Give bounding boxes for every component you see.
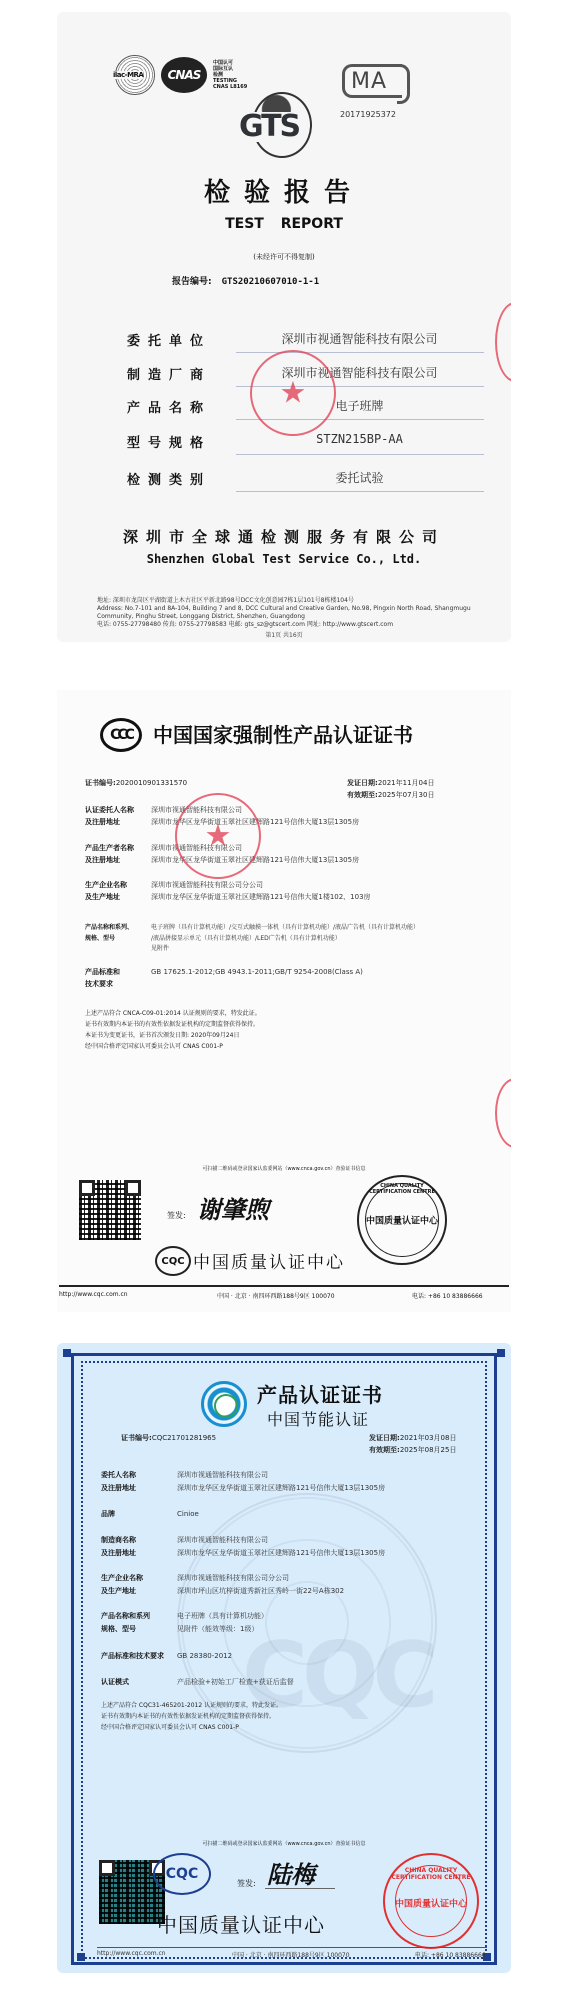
org-name: 中国质量认证中心 [193,1248,345,1273]
signature-line [265,1888,335,1889]
valid-until: 有效期至:2025年07月30日 [347,790,434,800]
valid-until: 有效期至:2025年08月25日 [369,1445,456,1455]
issue-date: 发证日期:2021年11月04日 [347,778,434,788]
frame-corner [497,1349,505,1357]
cma-number: 20171925372 [340,110,396,119]
sign-label: 签发: [167,1210,186,1221]
footer-address: 中国 · 北京 · 南四环西路188号9区 100070 [217,1291,335,1300]
ccc-logo: CCC [100,718,142,752]
footer-divider [59,1285,509,1287]
frame-corner [63,1349,71,1357]
accreditation-logos: ilac-MRA CNAS 中国认可 国际互认 检测 TESTING CNAS … [115,50,253,100]
cqc-seal: CHINA QUALITY CERTIFICATION CENTRE 中国质量认… [383,1853,479,1949]
sign-label: 签发: [237,1878,256,1889]
energy-certificate-card: CQC 产品认证证书 中国节能认证 证书编号:CQC21701281965 发证… [57,1343,511,1973]
cma-logo: MA [342,64,402,98]
verify-note: 可扫描二维码或登录国家认监委网站（www.cnca.gov.cn）查验证书信息 [57,1165,511,1172]
footer-divider [97,1947,487,1948]
report-title-cn: 检验报告 [57,172,511,209]
cert-number: 证书编号:2020010901331570 [85,778,187,788]
gts-logo: GTS [237,112,301,142]
frame-corner [77,1953,85,1961]
verify-note: 可扫描二维码或登录国家认监委网站（www.cnca.gov.cn）查验证书信息 [57,1840,511,1847]
footer-address: 中国 · 北京 · 南四环西路188号9区 100070 [232,1950,350,1959]
report-field: 型号规格STZN215BP-AA [127,432,457,462]
cert-statements: 上述产品符合 CNCA-C09-01:2014 认证规则的要求，特发此证。 证书… [85,1008,261,1052]
report-number: 报告编号:GTS20210607010-1-1 [172,274,319,287]
signature: 陆梅 [267,1855,315,1890]
page-number: 第1页 共16页 [57,630,511,639]
issuer-name-cn: 深圳市全球通检测服务有限公司 [57,526,511,547]
company-seal-partial [495,1078,511,1148]
cert-number: 证书编号:CQC21701281965 [121,1433,216,1443]
footer-phone: 电话: +86 10 83886666 [412,1291,483,1300]
company-seal-partial [495,302,511,382]
signature: 谢肇煦 [197,1190,269,1225]
company-seal: ★ [175,793,261,879]
report-title-en: TEST REPORT [57,216,511,232]
ilac-mra-logo: ilac-MRA [115,55,155,95]
energy-saving-logo [201,1381,247,1427]
report-field: 检测类别委托试验 [127,469,457,499]
cert-statements: 上述产品符合 CQC31-465201-2012 认证规则的要求，特此发证。 证… [101,1700,282,1733]
company-seal: ★ [250,350,336,436]
certificate-subtitle: 中国节能认证 [267,1407,369,1430]
certificate-title: 产品认证证书 [257,1379,383,1408]
report-note: (未经许可不得复制) [57,252,511,262]
cqc-seal: CHINA QUALITY CERTIFICATION CENTRE 中国质量认… [357,1175,447,1265]
cqc-logo: CQC [155,1246,191,1276]
org-name: 中国质量认证中心 [157,1909,325,1938]
cqc-logo: CQC [153,1853,211,1895]
issue-date: 发证日期:2021年03月08日 [369,1433,456,1443]
qr-code[interactable] [79,1180,141,1240]
footer-phone: 电话: +86 10 83886666 [415,1950,486,1959]
issuer-address: 地址: 深圳市龙岗区平湖街道上木古社区平新北路98号DCC文化创意园7栋1层10… [97,597,497,629]
issuer-name-en: Shenzhen Global Test Service Co., Ltd. [57,552,511,566]
ccc-title: 中国国家强制性产品认证证书 [153,719,413,748]
footer-url[interactable]: http://www.cqc.com.cn [59,1291,128,1298]
cnas-logo: CNAS [161,57,207,93]
cnas-caption: 中国认可 国际互认 检测 TESTING CNAS L8169 [213,60,253,90]
ccc-certificate-card: CCC 中国国家强制性产品认证证书 证书编号:2020010901331570 … [57,690,511,1312]
footer-url[interactable]: http://www.cqc.com.cn [97,1950,166,1957]
test-report-card: ilac-MRA CNAS 中国认可 国际互认 检测 TESTING CNAS … [57,12,511,642]
